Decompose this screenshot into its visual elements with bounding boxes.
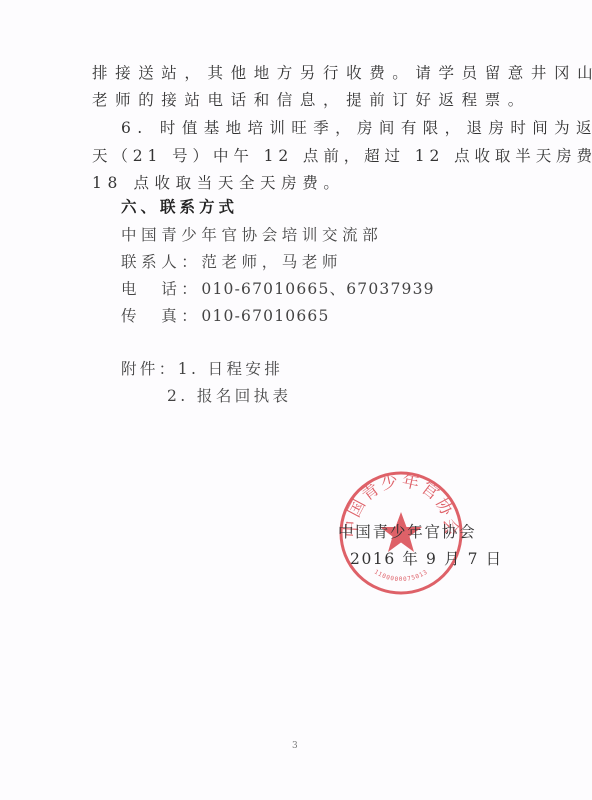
contact-person-value: 范老师，马老师 <box>201 253 342 271</box>
document-page: 排接送站，其他地方另行收费。请学员留意井冈山基地带班 老师的接站电话和信息，提前… <box>0 0 592 800</box>
svg-text:1100000075013: 1100000075013 <box>373 569 429 584</box>
paragraph-line-1: 排接送站，其他地方另行收费。请学员留意井冈山基地带班 <box>92 63 490 83</box>
signature-date: 2016 年 9 月 7 日 <box>350 549 503 569</box>
attachment-item-1: 1. 日程安排 <box>178 360 284 378</box>
page-number: 3 <box>292 741 298 751</box>
signature-organization: 中国青少年官协会 <box>338 522 476 542</box>
fax-value: 010-67010665 <box>201 307 329 325</box>
attachments-label: 附件： <box>121 360 178 378</box>
section-heading-contact: 六、联系方式 <box>121 197 238 217</box>
paragraph-line-3: 6. 时值基地培训旺季，房间有限，退房时间为返程当 <box>121 118 490 138</box>
phone-label: 电 话： <box>121 280 201 298</box>
fax-label: 传 真： <box>121 307 201 325</box>
phone-value: 010-67010665、67037939 <box>201 280 434 298</box>
attachments-row-1: 附件：1. 日程安排 <box>121 359 283 379</box>
contact-department: 中国青少年官协会培训交流部 <box>121 225 382 245</box>
paragraph-line-2: 老师的接站电话和信息，提前订好返程票。 <box>92 90 490 110</box>
paragraph-line-4: 天（21 号）中午 12 点前，超过 12 点收取半天房费，超过 <box>92 146 490 166</box>
contact-person-row: 联系人：范老师，马老师 <box>121 252 342 272</box>
phone-row: 电 话：010-67010665、67037939 <box>121 279 435 299</box>
attachment-item-2: 2. 报名回执表 <box>167 386 291 406</box>
stamp-bottom-code: 1100000075013 <box>373 569 429 584</box>
paragraph-line-5: 18 点收取当天全天房费。 <box>92 173 490 193</box>
contact-person-label: 联系人： <box>121 253 201 271</box>
fax-row: 传 真：010-67010665 <box>121 306 330 326</box>
